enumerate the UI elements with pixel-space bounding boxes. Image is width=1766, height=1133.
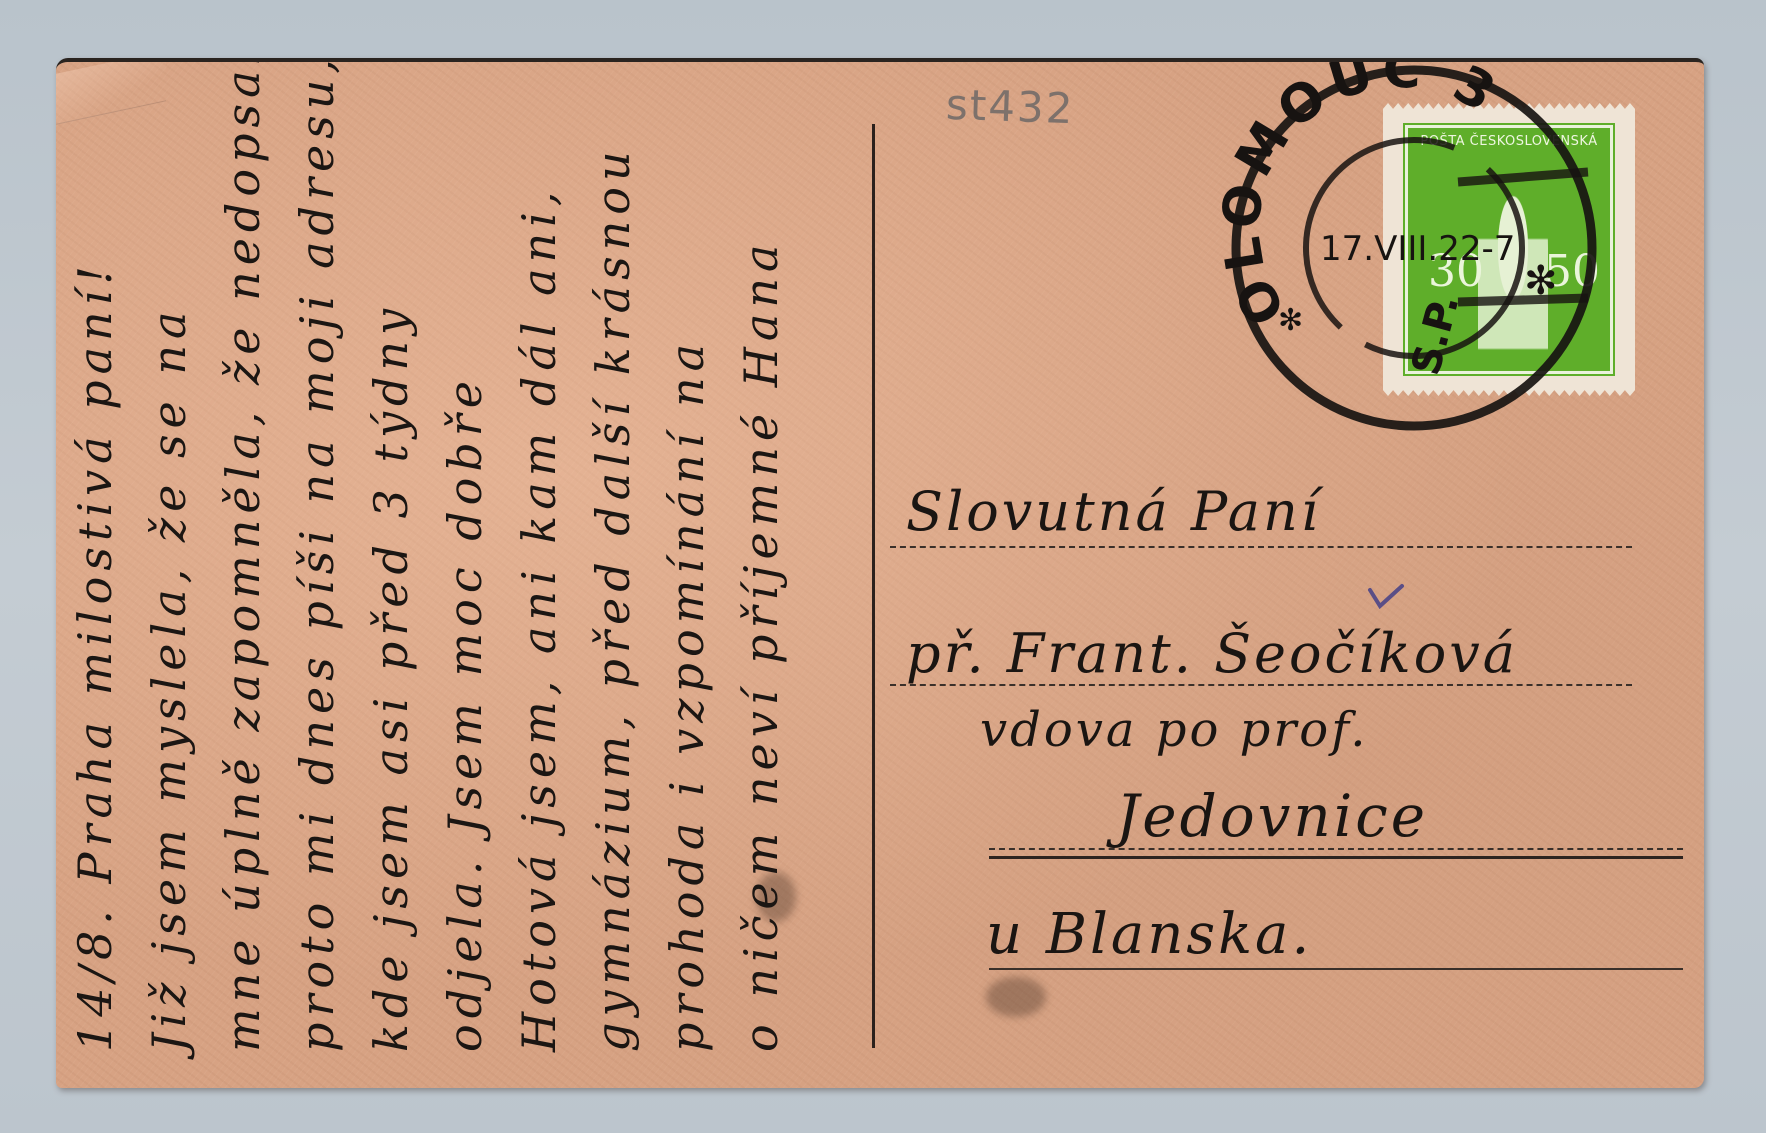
handwritten-message: 14/8. Praha milostivá paní! Již jsem mys… [68,142,868,1072]
postmark-circle-icon: OLOMOUC 3 17.VIII.22-7 S.P. ✻ ✻ [1228,62,1600,434]
message-line: prohoda i vzpomínání na [660,338,714,1052]
pencil-inventory-note: st432 [945,80,1075,133]
torn-corner [56,58,166,125]
postmark-town: OLOMOUC 3 [1211,58,1510,335]
message-line: Hotová jsem, ani kam dál ani, [512,186,566,1053]
postmark-star-icon: ✻ [1278,303,1303,338]
cancel-bar-icon [1458,298,1588,302]
address-rule [989,968,1683,970]
ink-stain [986,977,1046,1017]
address-line-title: vdova po prof. [980,702,1369,758]
address-salutation: Slovutná Paní [906,480,1321,543]
message-line: mne úplně zapomněla, že nedopsala [216,58,270,1052]
message-line: odjela. Jsem moc dobře [438,375,492,1052]
cancel-bar-icon [1458,172,1588,182]
message-line: o ničem neví příjemné Hana [734,239,788,1052]
divider-line [872,124,875,1048]
message-line: proto mi dnes píši na moji adresu, [290,58,344,1052]
address-rule-double [989,856,1683,859]
address-rule [989,848,1683,850]
postmark: OLOMOUC 3 17.VIII.22-7 S.P. ✻ ✻ [1228,62,1600,434]
message-line: kde jsem asi před 3 týdny [364,303,418,1052]
svg-text:OLOMOUC 3: OLOMOUC 3 [1211,58,1510,335]
postcard: st432 14/8. Praha milostivá paní! Již js… [56,58,1704,1088]
postmark-date: 17.VIII.22-7 [1320,229,1515,269]
message-line: gymnázium, před další krásnou [586,145,640,1052]
address-line-town: Jedovnice [1116,782,1428,850]
address-rule [890,684,1632,686]
address-line-name: př. Frant. Šeočíková [906,622,1518,685]
message-line: 14/8. Praha milostivá paní! [68,260,122,1052]
address-rule [890,546,1632,548]
address-line-district: u Blanska. [986,902,1312,967]
check-mark-icon [1366,582,1406,612]
message-line: Již jsem myslela, že se na [142,306,196,1052]
